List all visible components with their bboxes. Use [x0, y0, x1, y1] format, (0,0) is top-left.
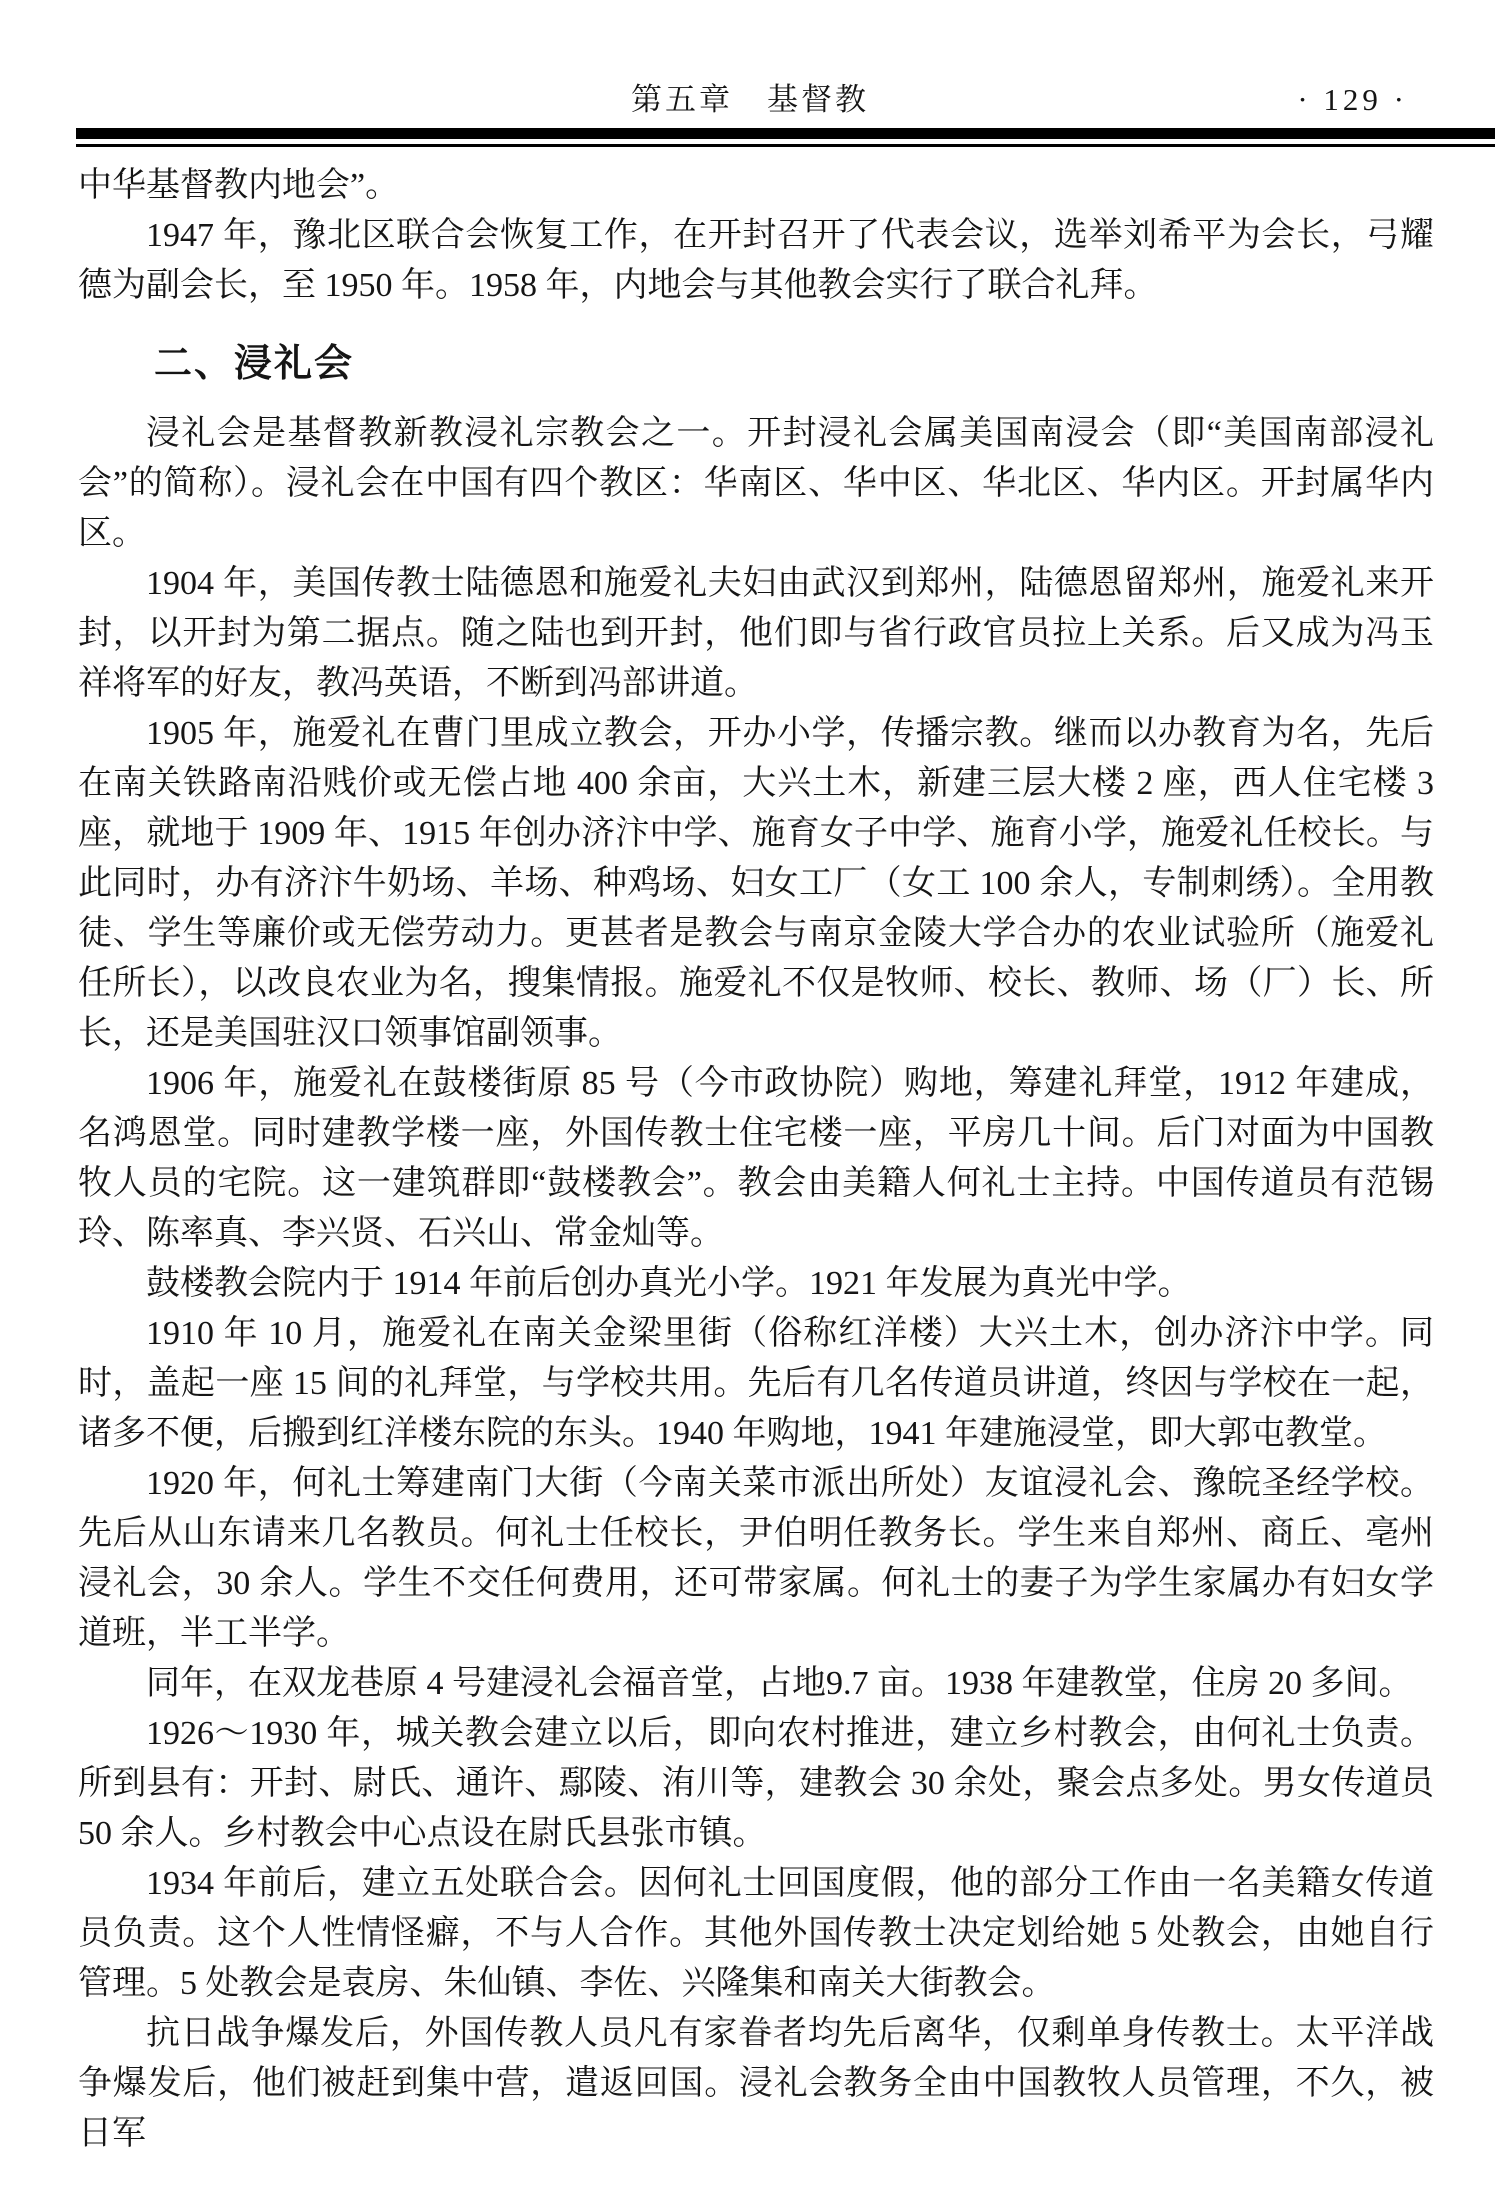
page-number: · 129 ·	[1297, 82, 1408, 118]
paragraph: 1926～1930 年，城关教会建立以后，即向农村推进，建立乡村教会，由何礼士负…	[78, 1709, 1434, 1859]
paragraph: 1905 年，施爱礼在曹门里成立教会，开办小学，传播宗教。继而以办教育为名，先后…	[78, 709, 1434, 1059]
divider-thick-rule	[76, 128, 1495, 139]
paragraph: 1910 年 10 月，施爱礼在南关金梁里街（俗称红洋楼）大兴土木，创办济汴中学…	[78, 1309, 1434, 1459]
paragraph: 1934 年前后，建立五处联合会。因何礼士回国度假，他的部分工作由一名美籍女传道…	[78, 1859, 1434, 2009]
paragraph: 1920 年，何礼士筹建南门大街（今南关菜市派出所处）友谊浸礼会、豫皖圣经学校。…	[78, 1459, 1434, 1659]
paragraph-continuation: 中华基督教内地会”。	[78, 161, 1434, 211]
paragraph: 1906 年，施爱礼在鼓楼街原 85 号（今市政协院）购地，筹建礼拜堂，1912…	[78, 1059, 1434, 1259]
book-page: 第五章 基督教 · 129 · 中华基督教内地会”。 1947 年，豫北区联合会…	[0, 0, 1500, 2198]
paragraph: 鼓楼教会院内于 1914 年前后创办真光小学。1921 年发展为真光中学。	[78, 1259, 1434, 1309]
body-text: 中华基督教内地会”。 1947 年，豫北区联合会恢复工作，在开封召开了代表会议，…	[0, 147, 1500, 2159]
paragraph: 抗日战争爆发后，外国传教人员凡有家眷者均先后离华，仅剩单身传教士。太平洋战争爆发…	[78, 2009, 1434, 2159]
header-divider	[76, 128, 1495, 147]
section-heading: 二、浸礼会	[78, 335, 1434, 393]
paragraph: 浸礼会是基督教新教浸礼宗教会之一。开封浸礼会属美国南浸会（即“美国南部浸礼会”的…	[78, 409, 1434, 559]
running-head: 第五章 基督教 · 129 ·	[0, 0, 1500, 118]
paragraph: 1947 年，豫北区联合会恢复工作，在开封召开了代表会议，选举刘希平为会长，弓耀…	[78, 211, 1434, 311]
chapter-title: 第五章 基督教	[0, 82, 1500, 118]
paragraph: 1904 年，美国传教士陆德恩和施爱礼夫妇由武汉到郑州，陆德恩留郑州，施爱礼来开…	[78, 559, 1434, 709]
paragraph: 同年，在双龙巷原 4 号建浸礼会福音堂，占地9.7 亩。1938 年建教堂，住房…	[78, 1659, 1434, 1709]
